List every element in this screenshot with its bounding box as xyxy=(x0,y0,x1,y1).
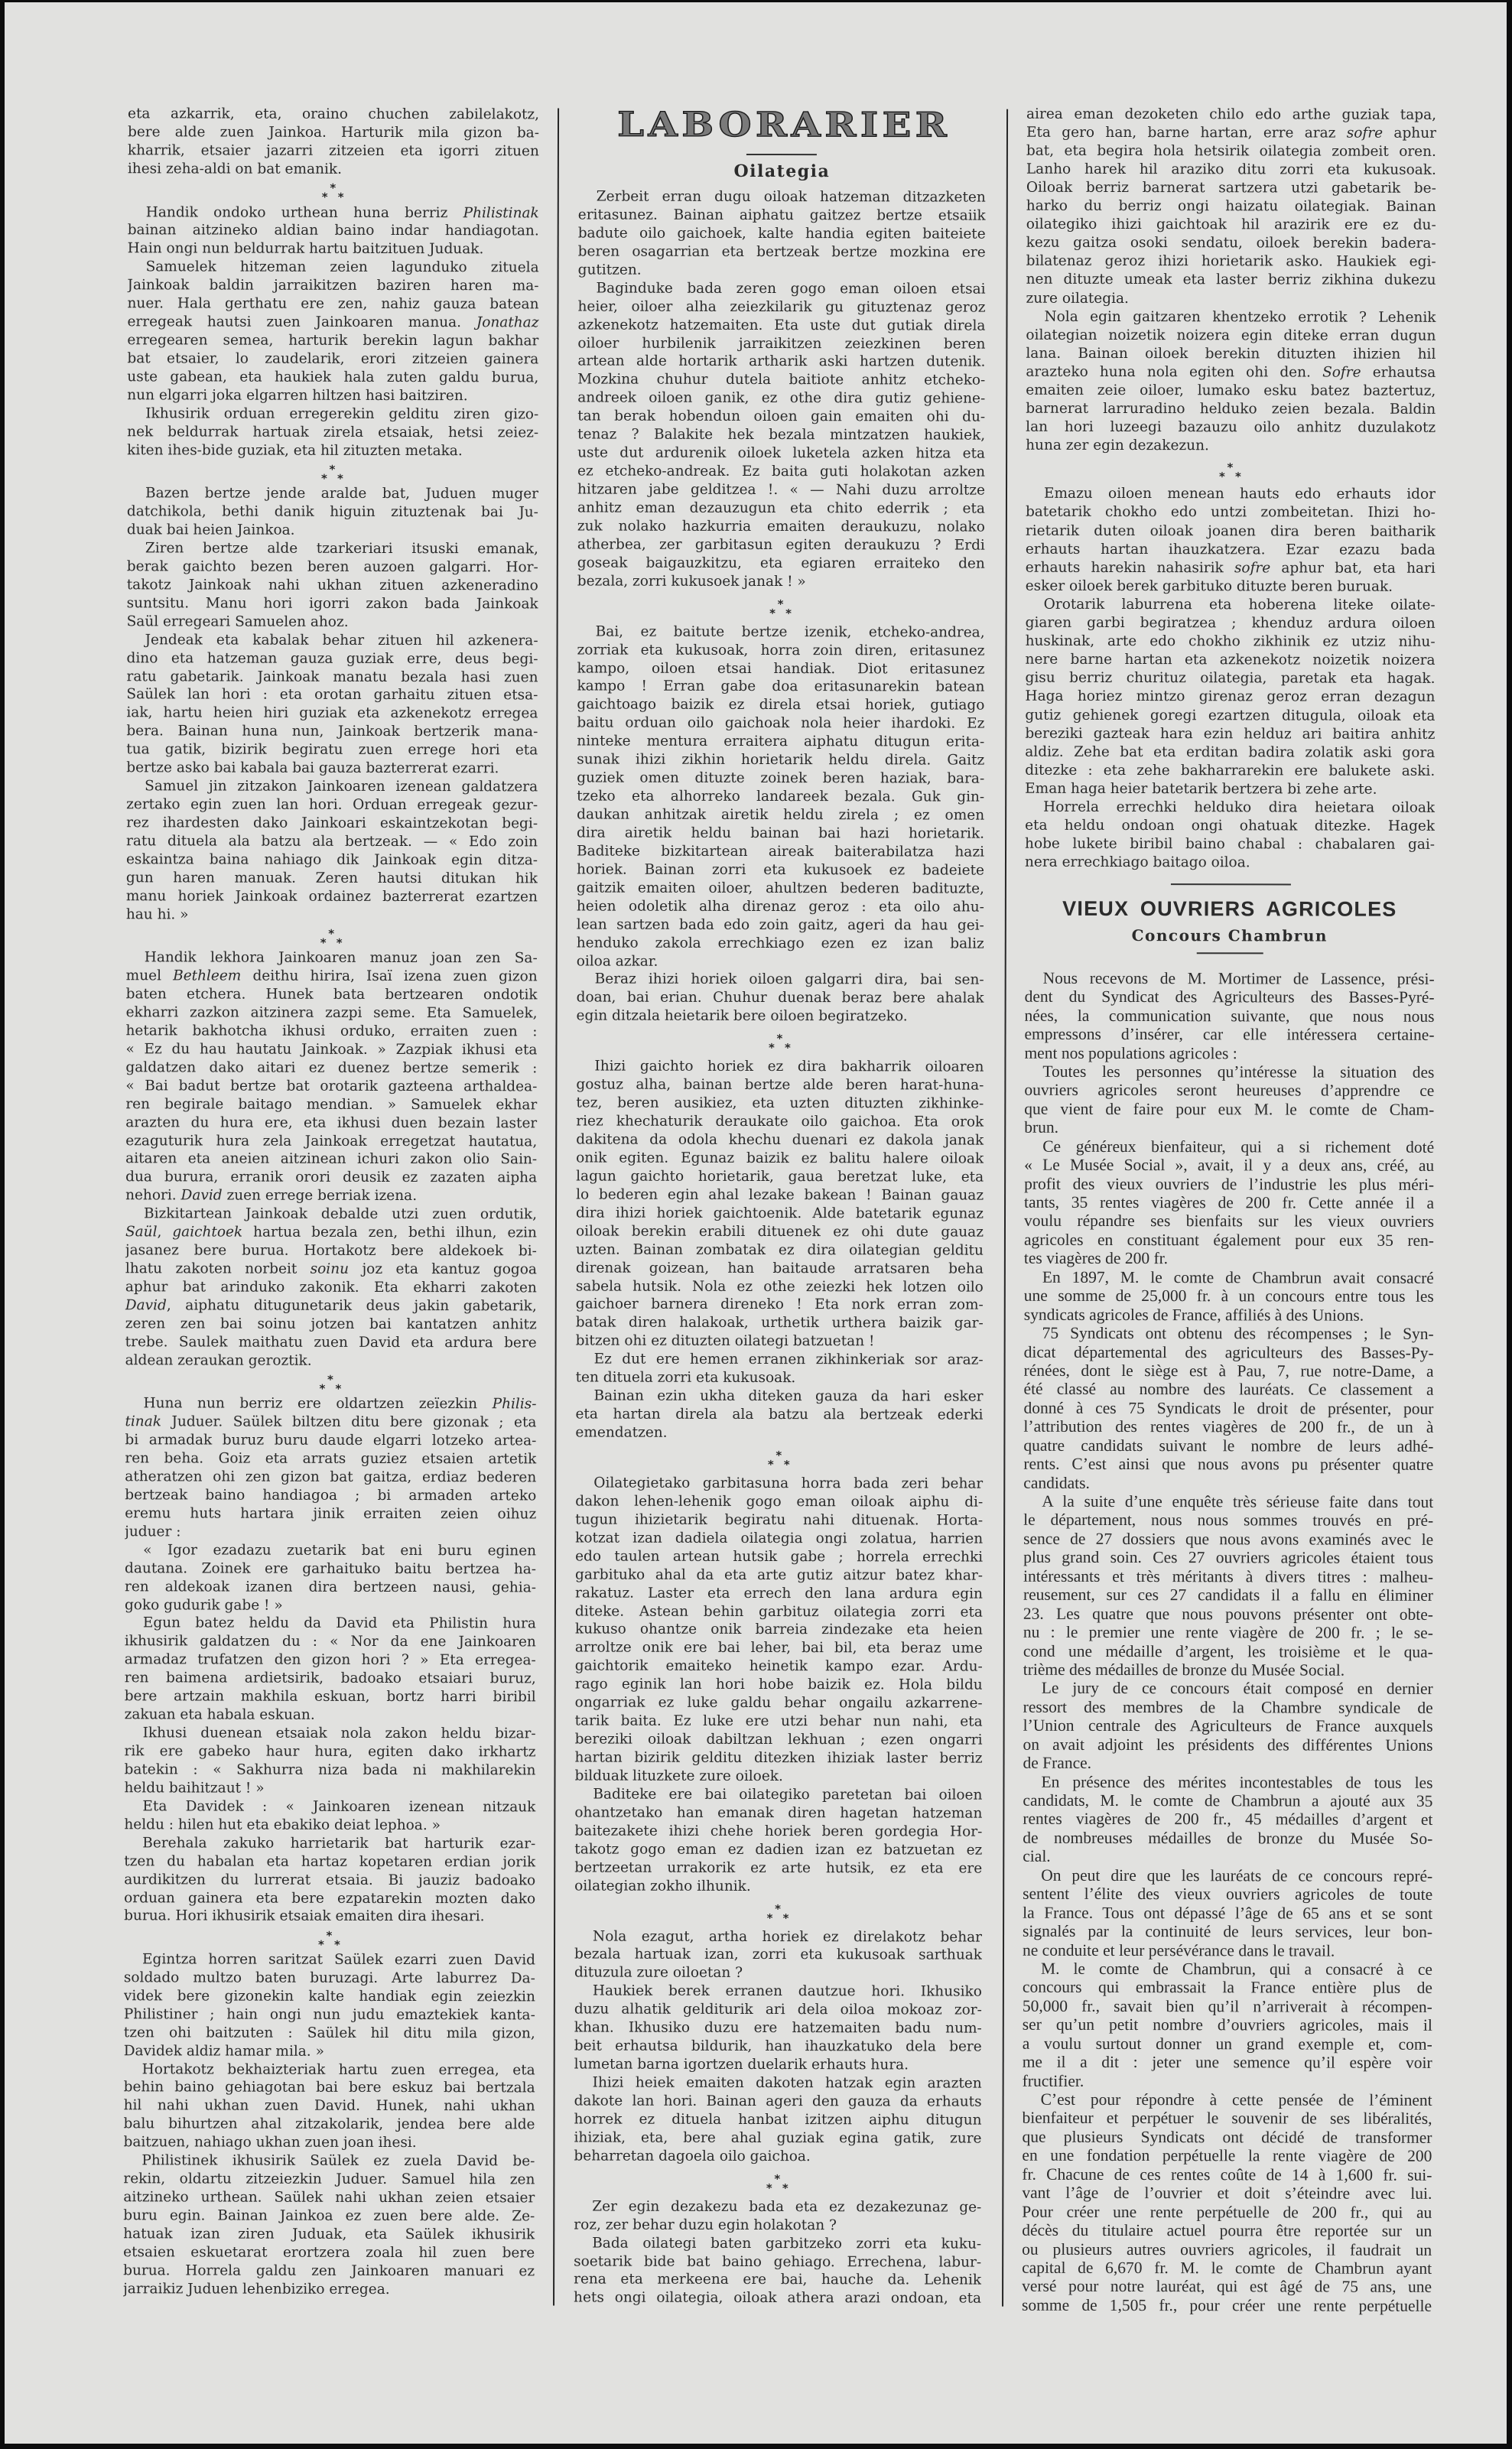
italic-text: Philistinak xyxy=(463,205,539,221)
asterism-icon: * xyxy=(320,1384,326,1395)
text-line: muel Bethleem deithu hirira, Isaï izena … xyxy=(126,967,538,986)
text-line: huna zer egin dezakezun. xyxy=(1026,437,1436,456)
text-line: Huna nun berriz ere oldartzen zeïezkin P… xyxy=(125,1395,536,1414)
italic-text: tinak xyxy=(125,1413,161,1429)
asterism-icon: * xyxy=(1219,471,1225,483)
text-line: gutiz gehienek goregi ezartzen ditugula,… xyxy=(1025,706,1435,725)
asterism-icon: * xyxy=(336,1384,342,1395)
text-line: une somme de 25,000 fr. à un concours en… xyxy=(1024,1286,1434,1306)
text-line: Emazu oiloen menean hauts edo erhauts id… xyxy=(1026,485,1436,504)
asterism-icon: * xyxy=(767,1913,773,1924)
text-line: lan hori luzeegi bazauzu oilo anhitz duz… xyxy=(1026,418,1436,437)
text-line: Lanho harek hil araziko ditu zorri eta k… xyxy=(1026,161,1436,180)
asterism-icon: * xyxy=(774,2174,780,2185)
text-line: khan. Ikhusiko duzu ere hatzemaiten badu… xyxy=(574,2019,982,2038)
text-line: kiten ihes-bide guziak, eta hil zituzten… xyxy=(127,441,538,460)
text-line: 23. Les quatre que nous pouvons présente… xyxy=(1023,1604,1433,1624)
text-line: Nola egin gaitzaren khentzeko errotik ? … xyxy=(1026,307,1436,327)
text-line: rietarik duten oiloak joanen dira beren … xyxy=(1026,522,1436,541)
text-line: roz, zer behar duzu egin holakotan ? xyxy=(574,2216,981,2235)
text-line: henduko zakola errechkiago ezen ez izan … xyxy=(577,934,984,953)
text-segment: aphur xyxy=(1383,125,1436,141)
paragraph: Ez dut ere hemen erranen zikhinkeriak so… xyxy=(576,1351,984,1388)
text-line: sabela hutsik. Nola ez othe zeiezki hek … xyxy=(576,1277,984,1296)
text-line: edo taulen artean hutsik gabe ; horrela … xyxy=(575,1547,983,1566)
text-line: heldu : hilen hut eta ebakiko deiat leph… xyxy=(124,1816,535,1835)
italic-text: soinu xyxy=(311,1261,349,1277)
text-line: egin ditzala heietarik bere oiloen begir… xyxy=(577,1007,984,1026)
text-line: Hain ongi nun beldurrak hartu baitzituen… xyxy=(128,240,539,259)
text-line: Ez dut ere hemen erranen zikhinkeriak so… xyxy=(576,1351,984,1370)
text-line: dino eta hatzeman gauza guziak erre, deu… xyxy=(127,649,538,668)
italic-text: Jonathaz xyxy=(476,314,539,330)
text-line: ezaguturik hura zela Jainkoak erregetzat… xyxy=(125,1132,537,1151)
text-line: quatre candidats suivant le nombre de le… xyxy=(1023,1436,1433,1455)
section-separator: *** xyxy=(574,2165,981,2198)
text-line: batetarik chokho edo untzi zombeitetan. … xyxy=(1026,503,1436,522)
text-line: agricoles en constituant également pour … xyxy=(1024,1231,1434,1251)
italic-text: Saül xyxy=(125,1224,158,1241)
asterism-icon: * xyxy=(337,473,343,485)
text-line: capital de 6,670 fr. M. le comte de Cham… xyxy=(1022,2259,1432,2278)
text-line: Bazen bertze jende aralde bat, Juduen mu… xyxy=(127,484,538,503)
text-line: Philistiner ; hain ongi nun judu emaztek… xyxy=(124,2005,535,2025)
text-line: eskaintza baina nahiago dik Jainkoak egi… xyxy=(126,850,538,870)
paragraph: Bai, ez baitute bertze izenik, etcheko-a… xyxy=(577,623,985,971)
text-line: aitaren eta aneien aitzinean ichuri zako… xyxy=(125,1150,537,1169)
text-line: bitzen ohi ez dituzten oilategi batzueta… xyxy=(576,1332,984,1351)
text-line: horrek ez dituela hanbat izitzen aiphu d… xyxy=(574,2110,982,2129)
text-line: Baginduke bada zeren gogo eman oiloen et… xyxy=(578,279,986,298)
text-line: concours qui embrassait la France entièr… xyxy=(1023,1978,1432,1998)
text-line: ratu gabetarik. Jainkoak manatu bezala h… xyxy=(126,668,538,687)
text-line: ou plusieurs autres ouvriers agricoles, … xyxy=(1022,2239,1432,2259)
asterism-icon: * xyxy=(766,2183,772,2194)
text-line: Beraz ihizi horiek oiloen galgarri dira,… xyxy=(577,971,984,990)
text-line: emaiten zeie oiloer, lumako esku batez b… xyxy=(1026,382,1436,401)
text-line: versé pour notre lauréat, qui est âgé de… xyxy=(1022,2277,1432,2297)
text-line: bertzeetan urrakorik ez arte hutsik, ez … xyxy=(574,1859,982,1878)
text-line: gun haren manuak. Zeren hautsi ditukan h… xyxy=(126,869,538,888)
text-line: tes viagères de 200 fr. xyxy=(1024,1249,1434,1269)
text-line: soldado multzo baten buruzagi. Arte labu… xyxy=(124,1969,535,1988)
section-separator: *** xyxy=(577,590,985,623)
paragraph: Orotarik laburrena eta hoberena liteke o… xyxy=(1025,596,1436,799)
text-line: gaitzik emaiten oiloer, ahultzen bederen… xyxy=(577,879,984,898)
text-line: dira airetik heldu bainan bai hazi horie… xyxy=(577,824,984,843)
text-line: kotzat izan dadiela oilategia ongi zolat… xyxy=(575,1529,983,1548)
text-line: été classé au nombre des lauréats. Ce cl… xyxy=(1024,1380,1434,1400)
text-line: Ziren bertze alde tzarkeriari itsuski em… xyxy=(127,539,538,558)
paragraph: On peut dire que les lauréats de ce conc… xyxy=(1023,1866,1432,1960)
section-separator: *** xyxy=(576,1026,984,1059)
text-line: sence de 27 dossiers que nous avons exam… xyxy=(1023,1530,1433,1550)
text-line: arroltze onik ere bai leher, bai bil, et… xyxy=(575,1639,983,1658)
text-line: Eta Davidek : « Jainkoaren izenean nitza… xyxy=(124,1797,535,1816)
paragraph: Handik ondoko urthean huna berriz Philis… xyxy=(128,203,539,259)
text-line: de nombreuses médailles de bronze du Mus… xyxy=(1023,1829,1432,1849)
text-line: erhauts harekin nahasirik sofre aphur ba… xyxy=(1026,558,1436,577)
text-line: bertze asko bai kabala bai gauza bazterr… xyxy=(126,759,538,779)
asterism-icon: * xyxy=(778,599,784,610)
text-line: ikhusirik galdatzen du : « Nor da ene Ja… xyxy=(125,1633,536,1652)
paragraph: Nous recevons de M. Mortimer de Lassence… xyxy=(1024,969,1434,1063)
text-line: soetarik bide bat baino gehiago. Erreche… xyxy=(574,2252,981,2272)
right-column-article-continuation: airea eman dezoketen chilo edo arthe guz… xyxy=(1025,105,1436,873)
paragraph: Berehala zakuko harrietarik bat harturik… xyxy=(124,1834,535,1927)
text-line: Nola ezagut, artha horiek ez direlakotz … xyxy=(574,1927,982,1947)
italic-text: Philis- xyxy=(493,1397,537,1413)
text-line: En 1897, M. le comte de Chambrun avait c… xyxy=(1024,1268,1434,1288)
text-line: zorriak eta kukusoak, horra zoin diren, … xyxy=(577,641,985,660)
text-line: Ihizi gaichto horiek ez dira bakharrik o… xyxy=(576,1058,984,1077)
text-line: rago eginik lan hori hobe baizik ez. Hol… xyxy=(575,1676,983,1695)
asterism-icon: * xyxy=(775,1904,781,1915)
asterism-icon: * xyxy=(776,1033,782,1045)
text-line: hitzaren jabe gelditzea !. « — Nahi duzu… xyxy=(577,481,985,500)
text-segment: muel xyxy=(126,968,173,984)
asterism-icon: * xyxy=(769,1042,775,1054)
italic-text: Sofre xyxy=(1322,364,1361,380)
text-line: bainan aitzineko aldian baino indar hand… xyxy=(128,222,539,241)
text-line: gisu berriz churituz oilategia, paretak … xyxy=(1025,669,1435,688)
section-separator: *** xyxy=(128,178,539,204)
text-line: beren osagarrian eta bertzeak bertze moz… xyxy=(578,242,986,262)
text-segment: erregeak hautsi zuen Jainkoaren manua. xyxy=(127,314,476,330)
text-line: ihesi zeha-aldi on bat emanik. xyxy=(128,160,539,179)
text-line: M. le comte de Chambrun, qui a consacré … xyxy=(1023,1960,1432,1979)
text-line: baitzuen, nahiago ukhan zuen joan ihesi. xyxy=(123,2134,535,2153)
text-line: Bainan ezin ukha diteken gauza da hari e… xyxy=(576,1387,984,1407)
text-line: tua gatik, bizirik begiratu zuen errege … xyxy=(126,741,538,760)
text-line: Nous recevons de M. Mortimer de Lassence… xyxy=(1025,969,1435,989)
page-content: eta azkarrik, eta, oraino chuchen zabile… xyxy=(0,0,1512,2449)
text-line: bienfaiteur et perpétuer le souvenir de … xyxy=(1023,2109,1432,2129)
paragraph: Bainan ezin ukha diteken gauza da hari e… xyxy=(575,1387,983,1443)
section-separator: *** xyxy=(126,924,538,950)
text-line: hartan bizirik gelditu ditezken ihiziak … xyxy=(575,1749,983,1768)
text-line: syndicats agricoles de France, affiliés … xyxy=(1024,1305,1434,1325)
italic-text: David xyxy=(180,1188,222,1204)
text-line: oilategian zokho ilhunik. xyxy=(574,1877,982,1896)
text-line: bat, eta begira hola hetsirik oilategia … xyxy=(1026,142,1436,161)
text-line: Samuelek hitzeman zeien lagunduko zituel… xyxy=(128,259,539,278)
text-line: somme de 1,505 fr., pour créer une rente… xyxy=(1022,2296,1432,2316)
text-line: de France. xyxy=(1023,1754,1432,1774)
text-line: hets ongi oilategia, oiloak athera arazi… xyxy=(574,2289,981,2308)
text-line: tan berak hobendun oiloen gain emaiten o… xyxy=(577,408,985,427)
heading-divider-bottom xyxy=(1197,952,1263,954)
text-line: me il a dit : jeter une semence qu’il es… xyxy=(1023,2053,1432,2073)
text-segment: Huna nun berriz ere oldartzen zeïezkin xyxy=(143,1396,492,1413)
section-separator: *** xyxy=(124,1926,535,1952)
text-line: Baditeke ere bai oilategiko paretetan ba… xyxy=(574,1785,982,1804)
asterism-icon: * xyxy=(1235,471,1241,483)
paragraph: airea eman dezoketen chilo edo arthe guz… xyxy=(1026,105,1437,308)
text-line: kharrik, etsaier jazarri zitzeien eta ig… xyxy=(128,141,539,161)
text-line: bilatenaz geroz ihizi horietarik asko. H… xyxy=(1026,252,1436,272)
paragraph: Handik lekhora Jainkoaren manuz joan zen… xyxy=(125,948,538,1205)
asterism-icon: * xyxy=(337,938,343,949)
text-line: aitzineko urthean. Saülek nahi ukhan zei… xyxy=(123,2188,535,2207)
paragraph: Samuelek hitzeman zeien lagunduko zituel… xyxy=(127,259,538,406)
text-line: empressons d’insérer, car elle intéresse… xyxy=(1024,1025,1434,1045)
text-line: etsaien eskuetarat erortzera zoala hil z… xyxy=(123,2243,535,2262)
text-line: bere artzain makhila eskuan, bortz harri… xyxy=(125,1688,536,1707)
section-separator: *** xyxy=(125,1370,537,1396)
text-line: rakatuz. Laster eta errech den lana ardu… xyxy=(575,1584,983,1603)
text-segment: arazteko huna nola egiten ohi den. xyxy=(1026,364,1322,381)
text-line: burua. Hori ikhusirik etsaiak emaiten di… xyxy=(124,1907,535,1927)
text-line: nera errechkiago baitago oiloa. xyxy=(1025,854,1435,873)
text-line: Samuel jin zitzakon Jainkoaren izenean g… xyxy=(126,777,538,796)
article-subheading-concours: Concours Chambrun xyxy=(1025,928,1435,944)
text-line: aldiz. Zehe bat eta erditan badira zolat… xyxy=(1025,743,1435,762)
paragraph: « Igor ezadazu zuetarik bat eni buru egi… xyxy=(125,1541,536,1615)
text-line: bezala hartuak izan, zorri eta kukusoak … xyxy=(574,1946,982,1965)
text-line: manu horiek Jainkoak ordainez bazterrera… xyxy=(126,887,538,906)
text-line: hil nahi ukhan zuen David. Hunek, nahi u… xyxy=(124,2097,535,2116)
text-line: Orotarik laburrena eta hoberena liteke o… xyxy=(1026,596,1436,615)
text-line: riez khechaturik deraukate oilo gaichoa.… xyxy=(576,1113,984,1132)
paragraph: Nola egin gaitzaren khentzeko errotik ? … xyxy=(1026,307,1436,456)
text-line: ditezke : eta zehe bakharrarekin ere bal… xyxy=(1025,762,1435,781)
paragraph: Egintza horren saritzat Saülek ezarri zu… xyxy=(124,1950,535,2061)
text-line: nehori. David zuen errege berriak izena. xyxy=(125,1187,537,1206)
text-line: direnak goizean, han baitaude arratsaren… xyxy=(576,1259,984,1278)
text-line: rents. C’est ainsi que nous avons pu pré… xyxy=(1023,1455,1433,1475)
text-line: tants, 35 rentes viagères de 200 fr. Cet… xyxy=(1024,1193,1434,1213)
text-line: tugun ihizietarik begiratu nahi dituenak… xyxy=(575,1511,983,1530)
text-line: huskinak, arte edo chokho zikhinik ez ut… xyxy=(1026,633,1436,652)
text-line: A la suite d’une enquête très sérieuse f… xyxy=(1023,1492,1433,1512)
text-line: kukuso ohantze onik barreia zindezake et… xyxy=(575,1621,983,1640)
text-line: esker oiloek berek garbituko dituzte ber… xyxy=(1026,577,1436,597)
section-title-laborarier: LABORARIER xyxy=(554,108,1010,142)
text-line: buru egin. Bainan Jainkoa ez zuen bere a… xyxy=(123,2207,535,2226)
text-line: Handik ondoko urthean huna berriz Philis… xyxy=(128,203,539,223)
text-line: Oilategietako garbitasuna horra bada zer… xyxy=(575,1474,983,1493)
text-line: dakitena da odola khechu duenari ez dako… xyxy=(576,1131,984,1150)
text-line: ren begirale baitago mendian. » Samuelek… xyxy=(125,1095,537,1114)
section-separator: *** xyxy=(574,1895,982,1928)
text-line: 50,000 fr., savait bien qu’il n’arrivera… xyxy=(1023,1997,1432,2017)
asterism-icon: * xyxy=(330,464,336,476)
text-line: artean alde hortarik artharik aski hartz… xyxy=(577,353,985,372)
text-line: « Bai badut bertze bat orotarik gazteena… xyxy=(125,1077,537,1096)
text-line: ihiziak, eta, bere ahal guziak egina gat… xyxy=(574,2129,981,2148)
text-line: rentes viagères de 200 fr., 45 médailles… xyxy=(1023,1810,1432,1829)
text-line: erregearen semea, harturik berekin lagun… xyxy=(127,331,538,350)
right-column-french-article-text: Nous recevons de M. Mortimer de Lassence… xyxy=(1022,969,1435,2316)
text-line: Eman haga heier batetarik bertzera bi ze… xyxy=(1025,780,1435,799)
text-line: Hortakotz bekhaizteriak hartu zuen erreg… xyxy=(124,2060,535,2080)
text-line: ren aldekoak izanen dira bertzeen nausi,… xyxy=(125,1578,536,1597)
text-line: airea eman dezoketen chilo edo arthe guz… xyxy=(1026,105,1436,124)
text-line: beharretan dagoela oilo gaichoa. xyxy=(574,2147,981,2166)
text-line: duak bai heien Jainkoa. xyxy=(127,521,538,540)
text-line: uste gabean, eta haukiek hala zuten gald… xyxy=(127,368,538,387)
paragraph: Bazen bertze jende aralde bat, Juduen mu… xyxy=(127,484,538,540)
paragraph: Bada oilategi baten garbitzeko zorri eta… xyxy=(574,2234,981,2308)
text-segment: erhautsa xyxy=(1361,365,1436,381)
text-line: nek beldurrak hartuak zirela etsaiak, he… xyxy=(127,423,538,442)
text-line: « Ez du hau hautatu Jainkoak. » Zazpiak … xyxy=(125,1040,537,1059)
text-line: sentent l’élite des vieux ouvriers agric… xyxy=(1023,1885,1432,1904)
text-line: Saül erregeari Samuelen ahoz. xyxy=(127,613,538,632)
text-line: aurdikitzen du lurrerat etsaia. Bi jauzi… xyxy=(124,1871,535,1890)
text-line: suntsitu. Manu hori igorri zakon bada Ja… xyxy=(127,594,538,613)
left-column-article-text: eta azkarrik, eta, oraino chuchen zabile… xyxy=(123,106,539,2300)
asterism-icon: * xyxy=(783,1913,789,1924)
text-line: lagun gaichto horietarik, gaua beretzat … xyxy=(576,1167,984,1186)
text-line: gaichoer barnera direneko ! Eta nork err… xyxy=(576,1296,984,1315)
text-line: heien odoletik alha direnaz geroz : eta … xyxy=(577,897,984,916)
text-line: « Igor ezadazu zuetarik bat eni buru egi… xyxy=(125,1541,536,1560)
paragraph: Haukiek berek erranen dautzue hori. Ikhu… xyxy=(574,1982,982,2075)
text-segment: nehori. xyxy=(125,1188,180,1204)
text-line: rekin, oldartu zitzeiezkin Juduer. Samue… xyxy=(123,2170,535,2189)
paragraph: Jendeak eta kabalak behar zituen hil azk… xyxy=(126,631,538,779)
text-line: nu : le premier une rente viagère de 200… xyxy=(1023,1623,1433,1643)
paragraph: Toutes les personnes qu’intéresse la sit… xyxy=(1024,1062,1434,1138)
text-line: plus grand soin. Ces 27 ouvriers agricol… xyxy=(1023,1548,1433,1568)
paragraph: Egun batez heldu da David eta Philistin … xyxy=(125,1615,536,1725)
italic-text: sofre xyxy=(1347,125,1383,141)
text-line: nere barne hartan eta azkenekotz noizeti… xyxy=(1026,651,1436,670)
paragraph: Zer egin dezakezu bada eta ez dezakezuna… xyxy=(574,2197,981,2235)
section-separator: *** xyxy=(575,1442,983,1475)
asterism-icon: * xyxy=(320,938,327,949)
text-line: takotz Jainkoak nahi ukhan zituen azkene… xyxy=(127,576,538,595)
paragraph: Horrela errechki helduko dira heietara o… xyxy=(1025,798,1435,873)
text-line: bilduak lituzkete zure oiloek. xyxy=(574,1767,982,1786)
text-segment: , xyxy=(157,1224,172,1241)
text-line: la France. Tous ont dépassé l’âge de 65 … xyxy=(1023,1903,1432,1923)
text-line: lean sartzen bada edo zoin gaitz, ageri … xyxy=(577,916,984,935)
text-line: oiloak berekin erabili dituenek ez ohi d… xyxy=(576,1222,984,1241)
text-line: ouvriers agricoles seront heureuses d’ap… xyxy=(1024,1081,1434,1101)
text-line: horiek. Bainan zorri eta kukusoek ez bad… xyxy=(577,860,984,880)
text-line: David, aiphatu ditugunetarik deus jakin … xyxy=(125,1296,537,1316)
text-line: trebe. Saulek maithatu zuen David eta ar… xyxy=(125,1333,537,1352)
text-line: gaichtorik emaiteko heinetik kampo ezar.… xyxy=(575,1657,983,1677)
text-line: Saül, gaichtoek hartua bezala zen, bethi… xyxy=(125,1224,537,1243)
text-segment: deithu hirira, Isaï izena zuen gizon xyxy=(241,968,537,985)
text-line: en une fondation perpétuelle la rente vi… xyxy=(1022,2146,1432,2166)
text-line: aphur bat arinduko zakonik. Eta ekharri … xyxy=(125,1278,537,1297)
text-line: Jainkoak baldin jarraikitzen baziren har… xyxy=(128,277,539,296)
text-line: cial. xyxy=(1023,1847,1432,1867)
text-line: oilategiko ihizi gaichtoak hil arazirik … xyxy=(1026,216,1436,235)
text-line: ninteke mentura erraitera aiphatu ditugu… xyxy=(577,733,984,752)
text-line: badute oilo gaichoek, kalte handia egite… xyxy=(578,224,986,243)
text-line: aldean zeraukan geroztik. xyxy=(125,1351,537,1371)
text-line: nen dituzte umeak eta laster berriz zikh… xyxy=(1026,271,1436,290)
text-line: candidats, M. le comte de Chambrun a ajo… xyxy=(1023,1791,1432,1811)
text-line: Ikhusi duenean etsaiak nola zakon heldu … xyxy=(125,1724,536,1743)
asterism-icon: * xyxy=(338,192,344,203)
text-line: 75 Syndicats ont obtenu des récompenses … xyxy=(1024,1324,1434,1344)
paragraph: Bizkitartean Jainkoak debalde utzi zuen … xyxy=(125,1205,537,1371)
text-line: dira ihizi horiek gaichtoenik. Alde bate… xyxy=(576,1204,984,1223)
text-line: tenaz ? Balakite hek bezala mintzatzen h… xyxy=(577,426,985,445)
paragraph: Hortakotz bekhaizteriak hartu zuen erreg… xyxy=(123,2060,535,2153)
text-line: zakuan eta habala eskuan. xyxy=(125,1706,536,1725)
italic-text: gaichtoek xyxy=(172,1224,242,1241)
text-line: goko gudurik gabe ! » xyxy=(125,1596,536,1615)
paragraph: Emazu oiloen menean hauts edo erhauts id… xyxy=(1026,485,1436,597)
text-line: a voulu surtout donner un grand exemple … xyxy=(1023,2034,1432,2054)
text-segment: hartua bezala zen, bethi ilhun, ezin xyxy=(242,1224,537,1241)
text-line: bera. Bainan huna nun, Jainkoak bertzeri… xyxy=(126,723,538,742)
paragraph: Le jury de ce concours était composé en … xyxy=(1023,1679,1432,1773)
asterism-icon: * xyxy=(769,608,776,620)
text-line: cond une médaille d’argent, les troisièm… xyxy=(1023,1641,1433,1661)
text-line: oilategian noizetik noizera egin diteke … xyxy=(1026,326,1436,345)
text-line: Zer egin dezakezu bada eta ez dezakezuna… xyxy=(574,2197,981,2216)
text-line: zeren zen bai soinu jotzen bai kantatzen… xyxy=(125,1315,537,1334)
text-line: voulu répandre ses bienfaits sur les vie… xyxy=(1024,1211,1434,1231)
text-line: hatuak izan ziren Juduak, eta Saülek ikh… xyxy=(123,2225,535,2244)
text-line: atherbea, zer garbitasun egiten deraukuz… xyxy=(577,535,985,555)
text-line: zure oilategia. xyxy=(1026,289,1436,308)
text-line: Handik lekhora Jainkoaren manuz joan zen… xyxy=(126,948,538,968)
text-line: Berehala zakuko harrietarik bat harturik… xyxy=(124,1834,535,1853)
paragraph: Baditeke ere bai oilategiko paretetan ba… xyxy=(574,1785,982,1896)
text-line: ongarriak ez luke galdu behar ongailu az… xyxy=(575,1694,983,1713)
paragraph: Ihizi gaichto horiek ez dira bakharrik o… xyxy=(576,1058,984,1351)
text-line: erhauts hartan ihauzkatzera. Ezar ezazu … xyxy=(1026,540,1436,559)
text-line: emendatzen. xyxy=(575,1424,983,1443)
text-line: Eta gero han, barne hartan, erre araz so… xyxy=(1026,123,1436,142)
asterism-icon: * xyxy=(321,473,327,485)
paragraph: En présence des mérites incontestables d… xyxy=(1023,1772,1432,1866)
text-line: dent du Syndicat des Agriculteurs des Ba… xyxy=(1025,987,1435,1007)
text-line: Bai, ez baitute bertze izenik, etcheko-a… xyxy=(577,623,985,642)
text-line: eremu huts hartara jinik erraiten zeien … xyxy=(125,1504,536,1524)
text-line: baitezakete ihizi chehe horiek beren gor… xyxy=(574,1822,982,1841)
text-line: Pour créer une rente perpétuelle de 200 … xyxy=(1022,2202,1432,2222)
text-line: Ikhusirik orduan erregerekin gelditu zir… xyxy=(127,405,538,424)
text-line: Philistinek ikhusirik Saülek ez zuela Da… xyxy=(123,2152,535,2171)
text-line: eritasunez. Bainan aiphatu gaitzez bertz… xyxy=(578,206,986,225)
text-line: kampo, oiloen etsai handiak. Diot eritas… xyxy=(577,659,984,678)
text-line: dakote lan hori. Bainan ageri den gauza … xyxy=(574,2092,982,2111)
heading-divider-top xyxy=(1171,883,1291,885)
asterism-icon: * xyxy=(776,1450,782,1462)
text-line: ser qu’un petit nombre d’ouvriers agrico… xyxy=(1023,2015,1432,2035)
column-rule-right xyxy=(1002,109,1008,2307)
title-divider xyxy=(746,154,817,155)
text-line: ten dituela zorri eta kukusoak. xyxy=(576,1369,984,1388)
text-line: eta hartan direla ala batzu ala bertzeak… xyxy=(575,1406,983,1425)
asterism-icon: * xyxy=(330,183,336,194)
paragraph: C’est pour répondre à cette pensée de l’… xyxy=(1022,2090,1432,2315)
text-line: rénées, dont le siège est à Pau, 7, rue … xyxy=(1024,1361,1434,1381)
text-line: ren beha. Goiz eta arrats guziez etsaien… xyxy=(125,1449,536,1468)
asterism-icon: * xyxy=(328,929,334,940)
text-segment: joz eta kantuz gogoa xyxy=(349,1261,537,1278)
text-line: hetarik bakhotcha ikhusi orduko, erraite… xyxy=(126,1022,538,1041)
text-line: eta heldu ondoan ongi ohatuak ditezke. H… xyxy=(1025,817,1435,836)
text-line: tarik baita. Ez luke ere utzi behar nun … xyxy=(575,1712,983,1732)
text-line: Zerbeit erran dugu oiloak hatzeman ditza… xyxy=(578,188,986,207)
text-line: « Le Musée Social », avait, il y a deux … xyxy=(1024,1156,1434,1176)
text-line: dua burura, erranik orori deusik ez zaza… xyxy=(125,1169,537,1188)
text-line: le département, nous nous sommes trouvés… xyxy=(1023,1511,1433,1530)
text-line: lo bederen egin ahal lezake bakean ! Bai… xyxy=(576,1185,984,1205)
